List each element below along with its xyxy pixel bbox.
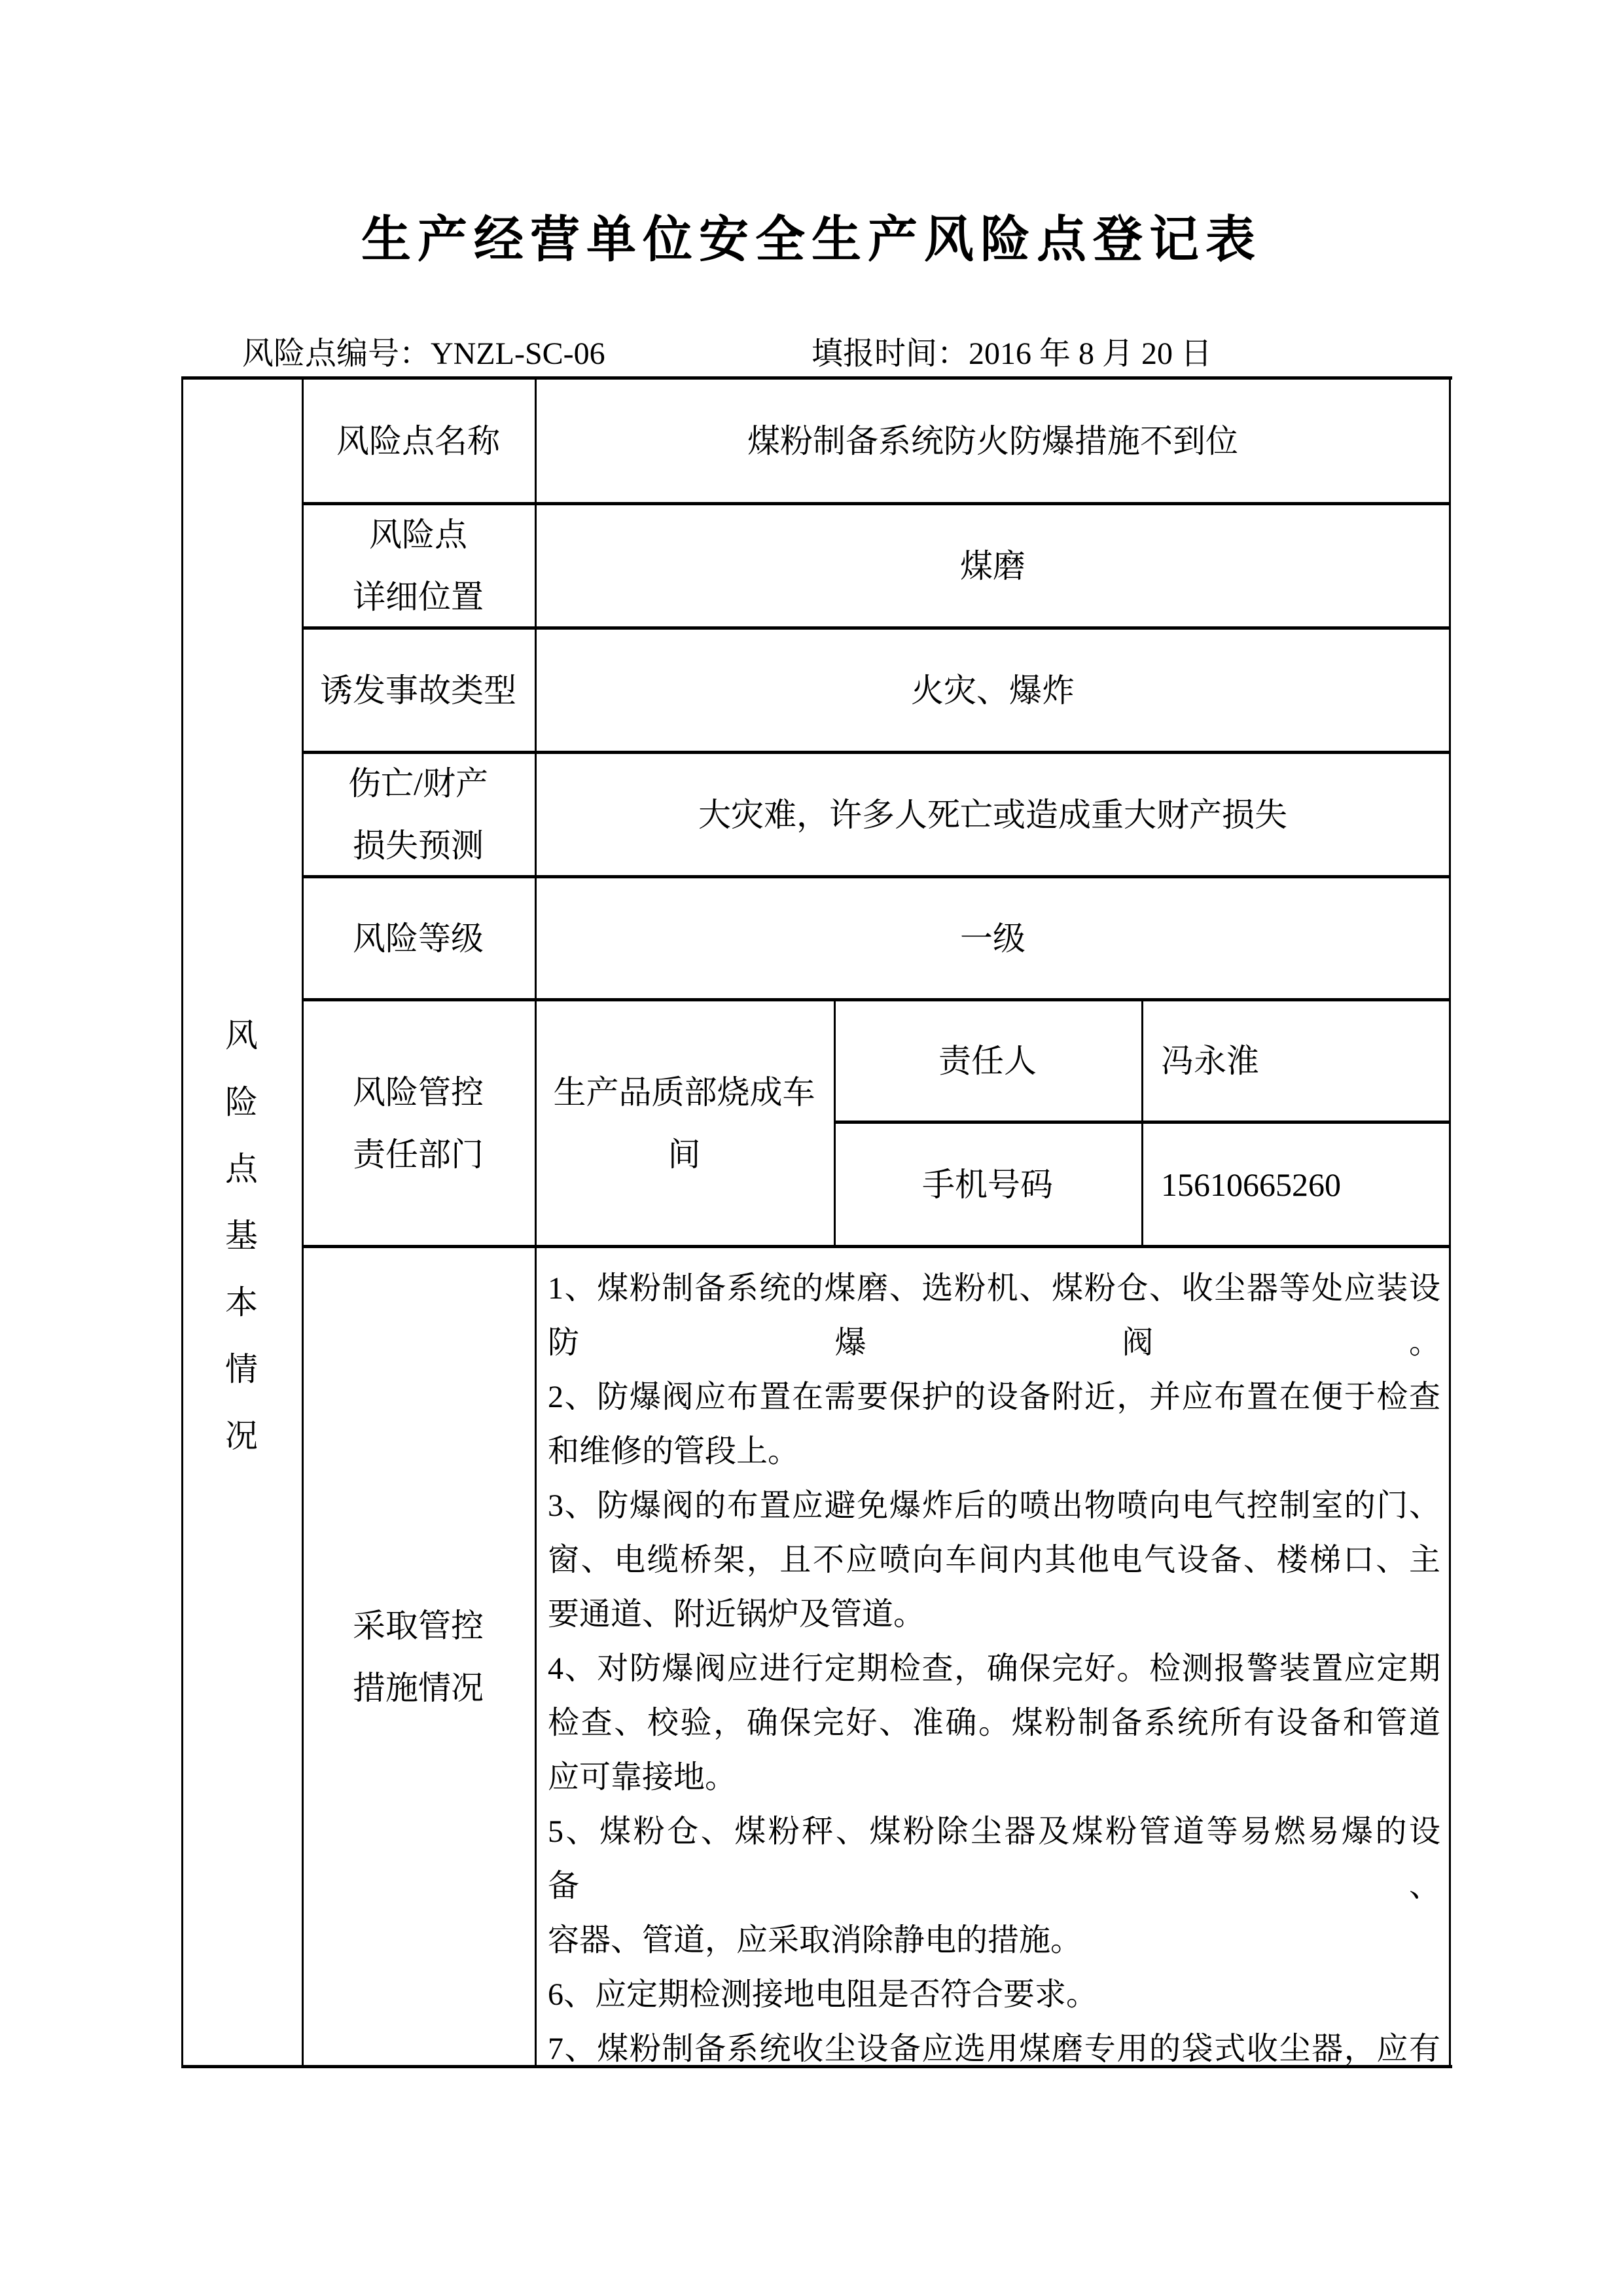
department-text: 生产品质部烧成车间 bbox=[541, 1062, 829, 1186]
row-value-risk-location: 煤磨 bbox=[535, 504, 1451, 628]
row-label-risk-location: 风险点 详细位置 bbox=[302, 504, 535, 628]
table-border-person-phone bbox=[834, 1121, 1451, 1124]
phone-number-text: 15610665260 bbox=[1161, 1154, 1341, 1216]
table-border-top bbox=[181, 376, 1452, 380]
table-border-row4 bbox=[302, 875, 1451, 878]
table-border-row3 bbox=[302, 751, 1451, 754]
row-value-text: 大灾难，许多人死亡或造成重大财产损失 bbox=[698, 784, 1287, 846]
row-value-text: 一级 bbox=[960, 908, 1026, 970]
measure-line: 容器、管道，应采取消除静电的措施。 bbox=[548, 1913, 1440, 1967]
cell-phone-number: 15610665260 bbox=[1141, 1122, 1451, 1247]
measure-line: 防爆阀。 bbox=[548, 1316, 1440, 1370]
row-label-line: 伤亡/财产 bbox=[348, 753, 488, 815]
measures-text: 1、煤粉制备系统的煤磨、选粉机、煤粉仓、收尘器等处应装设防爆阀。2、防爆阀应布置… bbox=[535, 1247, 1451, 2067]
cell-department: 生产品质部烧成车间 bbox=[535, 1000, 834, 1247]
report-date-label: 填报时间： bbox=[811, 336, 969, 371]
table-border-row2 bbox=[302, 626, 1451, 630]
side-label-char: 险 bbox=[225, 1086, 258, 1119]
measure-line: 5、煤粉仓、煤粉秤、煤粉除尘器及煤粉管道等易燃易爆的设备、 bbox=[548, 1804, 1440, 1913]
document-page: 生产经营单位安全生产风险点登记表 风险点编号：YNZL-SC-06 填报时间：2… bbox=[0, 0, 1623, 2296]
cell-person-label: 责任人 bbox=[834, 1000, 1141, 1122]
row-label-control-dept: 风险管控 责任部门 bbox=[302, 1000, 535, 1247]
table-border-left bbox=[181, 378, 183, 2067]
table-border-right bbox=[1449, 378, 1451, 2067]
table-border-row5 bbox=[302, 998, 1451, 1001]
row-label-line: 详细位置 bbox=[353, 566, 484, 628]
measure-line-char: 阀 bbox=[1122, 1316, 1153, 1370]
measure-line-char: 爆 bbox=[835, 1316, 866, 1370]
row-label-line: 采取管控 bbox=[353, 1595, 484, 1657]
cell-phone-label: 手机号码 bbox=[834, 1122, 1141, 1247]
measure-line: 应可靠接地。 bbox=[548, 1750, 1440, 1804]
row-value-text: 煤磨 bbox=[960, 535, 1026, 598]
table-border-row1 bbox=[302, 502, 1451, 505]
row-label-line: 风险等级 bbox=[353, 908, 484, 970]
row-label-line: 损失预测 bbox=[353, 815, 484, 877]
phone-label-text: 手机号码 bbox=[922, 1154, 1053, 1216]
row-label-line: 责任部门 bbox=[353, 1124, 484, 1186]
measure-line: 1、煤粉制备系统的煤磨、选粉机、煤粉仓、收尘器等处应装设 bbox=[548, 1261, 1440, 1316]
person-label-text: 责任人 bbox=[938, 1030, 1037, 1092]
side-label-char: 本 bbox=[225, 1286, 258, 1319]
row-label-line: 措施情况 bbox=[353, 1657, 484, 1719]
row-label-line: 诱发事故类型 bbox=[320, 660, 516, 722]
side-label-char: 情 bbox=[225, 1353, 258, 1386]
measure-line: 和维修的管段上。 bbox=[548, 1424, 1440, 1479]
side-label-char: 点 bbox=[225, 1153, 258, 1185]
measure-line-char: 。 bbox=[1409, 1316, 1440, 1370]
side-label: 风险点基本情况 bbox=[181, 378, 302, 2067]
table-border-row6 bbox=[302, 1245, 1451, 1248]
row-label-accident-type: 诱发事故类型 bbox=[302, 628, 535, 753]
risk-point-number: 风险点编号：YNZL-SC-06 bbox=[242, 335, 605, 373]
report-date: 填报时间：2016 年 8 月 20 日 bbox=[811, 335, 1212, 373]
row-value-text: 火灾、爆炸 bbox=[911, 660, 1075, 722]
row-label-line: 风险点名称 bbox=[336, 410, 500, 473]
measure-line: 窗、电缆桥架，且不应喷向车间内其他电气设备、楼梯口、主 bbox=[548, 1533, 1440, 1587]
report-date-value: 2016 年 8 月 20 日 bbox=[969, 336, 1212, 371]
measure-line: 4、对防爆阀应进行定期检查，确保完好。检测报警装置应定期 bbox=[548, 1641, 1440, 1696]
table-border-col-a-b bbox=[302, 378, 304, 2067]
row-value-loss-forecast: 大灾难，许多人死亡或造成重大财产损失 bbox=[535, 753, 1451, 877]
row-label-line: 风险管控 bbox=[353, 1062, 484, 1124]
row-label-risk-level: 风险等级 bbox=[302, 877, 535, 1000]
table-border-col-b-c bbox=[535, 378, 537, 2067]
row-label-line: 风险点 bbox=[369, 504, 467, 566]
measure-line: 7、煤粉制备系统收尘设备应选用煤磨专用的袋式收尘器，应有 bbox=[548, 2022, 1440, 2067]
side-label-char: 基 bbox=[225, 1219, 258, 1252]
risk-point-number-label: 风险点编号： bbox=[242, 336, 431, 371]
measure-line: 检查、校验，确保完好、准确。煤粉制备系统所有设备和管道 bbox=[548, 1696, 1440, 1750]
page-title: 生产经营单位安全生产风险点登记表 bbox=[0, 213, 1623, 268]
cell-person-name: 冯永淮 bbox=[1141, 1000, 1451, 1122]
measure-line: 要通道、附近锅炉及管道。 bbox=[548, 1587, 1440, 1641]
side-label-char: 况 bbox=[225, 1420, 258, 1452]
person-name-text: 冯永淮 bbox=[1161, 1030, 1259, 1092]
measure-line: 3、防爆阀的布置应避免爆炸后的喷出物喷向电气控制室的门、 bbox=[548, 1479, 1440, 1533]
row-value-risk-name: 煤粉制备系统防火防爆措施不到位 bbox=[535, 378, 1451, 504]
row-value-risk-level: 一级 bbox=[535, 877, 1451, 1000]
risk-point-number-value: YNZL-SC-06 bbox=[431, 336, 605, 371]
row-label-measures: 采取管控 措施情况 bbox=[302, 1247, 535, 2067]
measure-line: 6、应定期检测接地电阻是否符合要求。 bbox=[548, 1967, 1440, 2022]
row-value-accident-type: 火灾、爆炸 bbox=[535, 628, 1451, 753]
measure-line: 2、防爆阀应布置在需要保护的设备附近，并应布置在便于检查 bbox=[548, 1370, 1440, 1424]
measure-line-char: 防 bbox=[548, 1316, 579, 1370]
row-label-loss-forecast: 伤亡/财产 损失预测 bbox=[302, 753, 535, 877]
side-label-char: 风 bbox=[225, 1019, 258, 1052]
row-label-risk-name: 风险点名称 bbox=[302, 378, 535, 504]
table-border-page-break bbox=[181, 2065, 1452, 2068]
row-value-text: 煤粉制备系统防火防爆措施不到位 bbox=[747, 410, 1238, 473]
